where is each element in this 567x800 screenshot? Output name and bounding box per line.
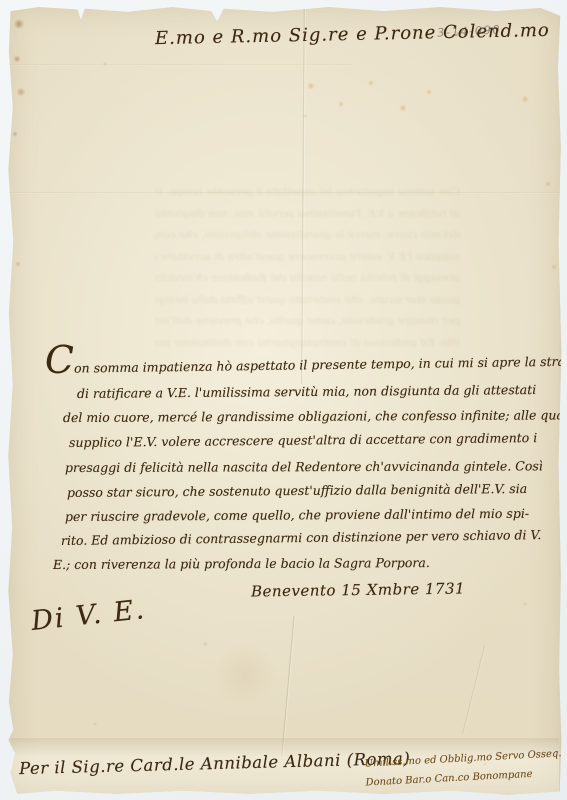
body-line: posso star sicuro, che sostenuto quest'u… bbox=[67, 481, 527, 500]
body-line: presaggi di felicità nella nascita del R… bbox=[65, 458, 543, 475]
manuscript-paper: 3-14-090 E.mo e R.mo Sig.re e P.rone Col… bbox=[5, 4, 563, 797]
verso-ink-showthrough: Con somma impatienza hò aspettato il pre… bbox=[155, 182, 460, 354]
horizontal-crease-top bbox=[5, 64, 351, 66]
dateline-benevento: Benevento 15 Xmbre 1731 bbox=[251, 580, 465, 601]
vertical-fold-crease-lower bbox=[281, 616, 296, 756]
body-line: per riuscire gradevole, come quello, che… bbox=[65, 506, 529, 524]
salutation-line: E.mo e R.mo Sig.re e P.rone Colend.mo bbox=[155, 20, 550, 49]
body-line: E.; con riverenza la più profonda le bac… bbox=[53, 555, 430, 572]
body-line: Con somma impatienza hò aspettato il pre… bbox=[45, 353, 567, 376]
body-line: rito. Ed ambizioso di contrassegnarmi co… bbox=[61, 527, 541, 548]
diagonal-crease bbox=[462, 645, 486, 735]
body-line: supplico l'E.V. volere accrescere quest'… bbox=[69, 430, 537, 450]
body-line: del mio cuore, mercé le grandissime obli… bbox=[63, 407, 567, 425]
body-line: di ratificare a V.E. l'umilissima servit… bbox=[77, 382, 536, 401]
closing-formula: Di V. E. bbox=[30, 594, 148, 637]
scanned-letter-page: 3-14-090 E.mo e R.mo Sig.re e P.rone Col… bbox=[0, 0, 567, 800]
